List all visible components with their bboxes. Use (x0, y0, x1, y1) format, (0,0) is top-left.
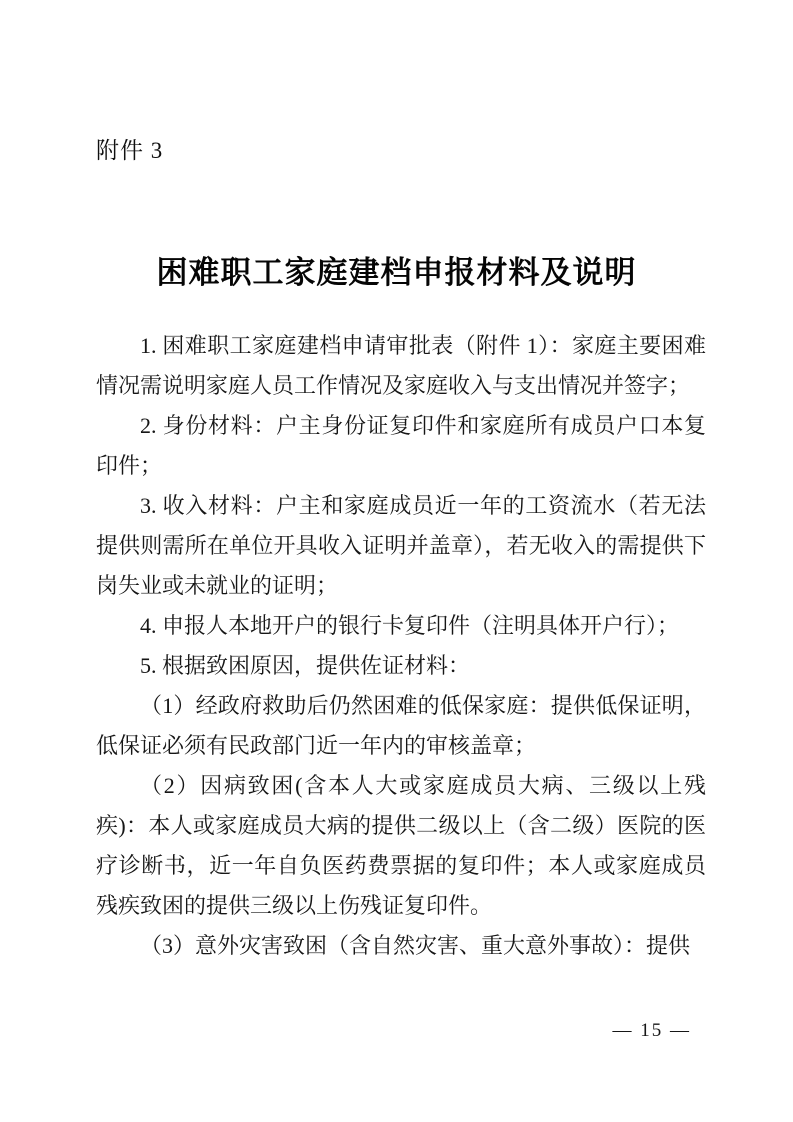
paragraph-subitem-1: （1）经政府救助后仍然困难的低保家庭：提供低保证明，低保证必须有民政部门近一年内… (96, 686, 706, 766)
paragraph-subitem-3: （3）意外灾害致困（含自然灾害、重大意外事故）：提供 (96, 926, 706, 966)
document-title: 困难职工家庭建档申报材料及说明 (0, 247, 793, 292)
paragraph-subitem-2: （2）因病致困(含本人大或家庭成员大病、三级以上残疾)：本人或家庭成员大病的提供… (96, 766, 706, 926)
paragraph-item-3: 3. 收入材料：户主和家庭成员近一年的工资流水（若无法提供则需所在单位开具收入证… (96, 486, 706, 606)
paragraph-item-1: 1. 困难职工家庭建档申请审批表（附件 1）：家庭主要困难情况需说明家庭人员工作… (96, 326, 706, 406)
paragraph-item-4: 4. 申报人本地开户的银行卡复印件（注明具体开户行）； (96, 606, 706, 646)
paragraph-item-2: 2. 身份材料：户主身份证复印件和家庭所有成员户口本复印件； (96, 406, 706, 486)
paragraph-item-5: 5. 根据致困原因，提供佐证材料： (96, 646, 706, 686)
document-page: 附件 3 困难职工家庭建档申报材料及说明 1. 困难职工家庭建档申请审批表（附件… (0, 0, 793, 1122)
document-body: 1. 困难职工家庭建档申请审批表（附件 1）：家庭主要困难情况需说明家庭人员工作… (96, 326, 706, 966)
attachment-label: 附件 3 (96, 136, 163, 166)
page-number: — 15 — (613, 1020, 692, 1042)
